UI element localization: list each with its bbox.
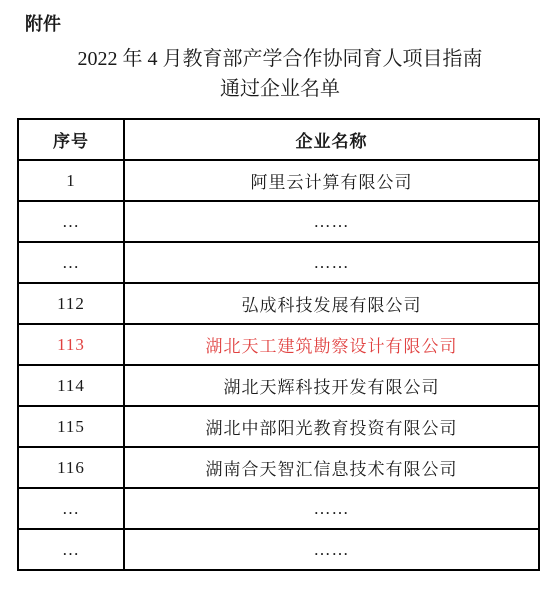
table-row: 113 湖北天工建筑勘察设计有限公司 — [18, 324, 539, 365]
row-number-cell: … — [18, 201, 124, 242]
row-number-cell: … — [18, 529, 124, 570]
header-cell-company-name: 企业名称 — [124, 119, 539, 160]
company-table: 序号 企业名称 1 阿里云计算有限公司 … …… … …… 112 弘成科技发展… — [17, 118, 540, 571]
header-cell-number: 序号 — [18, 119, 124, 160]
company-name-cell: …… — [124, 529, 539, 570]
row-number-cell: 114 — [18, 365, 124, 406]
table-header-row: 序号 企业名称 — [18, 119, 539, 160]
company-name-cell: …… — [124, 242, 539, 283]
table-row: 115 湖北中部阳光教育投资有限公司 — [18, 406, 539, 447]
row-number-cell: 112 — [18, 283, 124, 324]
table-row: 116 湖南合天智汇信息技术有限公司 — [18, 447, 539, 488]
company-name-cell: 湖北天辉科技开发有限公司 — [124, 365, 539, 406]
row-number-cell: … — [18, 242, 124, 283]
table-row: … …… — [18, 488, 539, 529]
table-row: … …… — [18, 529, 539, 570]
document-title-line1: 2022 年 4 月教育部产学合作协同育人项目指南 — [0, 44, 560, 74]
document-title-line2: 通过企业名单 — [0, 74, 560, 104]
table-row: 112 弘成科技发展有限公司 — [18, 283, 539, 324]
table-row: 114 湖北天辉科技开发有限公司 — [18, 365, 539, 406]
row-number-cell: … — [18, 488, 124, 529]
document-page: 附件 2022 年 4 月教育部产学合作协同育人项目指南 通过企业名单 序号 企… — [0, 0, 560, 603]
company-name-cell: 湖南合天智汇信息技术有限公司 — [124, 447, 539, 488]
company-name-cell: 湖北中部阳光教育投资有限公司 — [124, 406, 539, 447]
company-name-cell: 弘成科技发展有限公司 — [124, 283, 539, 324]
company-name-cell: 湖北天工建筑勘察设计有限公司 — [124, 324, 539, 365]
table-row: … …… — [18, 242, 539, 283]
table-row: 1 阿里云计算有限公司 — [18, 160, 539, 201]
company-name-cell: 阿里云计算有限公司 — [124, 160, 539, 201]
table-row: … …… — [18, 201, 539, 242]
company-name-cell: …… — [124, 201, 539, 242]
company-name-cell: …… — [124, 488, 539, 529]
document-title: 2022 年 4 月教育部产学合作协同育人项目指南 通过企业名单 — [0, 44, 560, 104]
attachment-label: 附件 — [25, 10, 61, 36]
row-number-cell: 116 — [18, 447, 124, 488]
row-number-cell: 1 — [18, 160, 124, 201]
row-number-cell: 113 — [18, 324, 124, 365]
row-number-cell: 115 — [18, 406, 124, 447]
